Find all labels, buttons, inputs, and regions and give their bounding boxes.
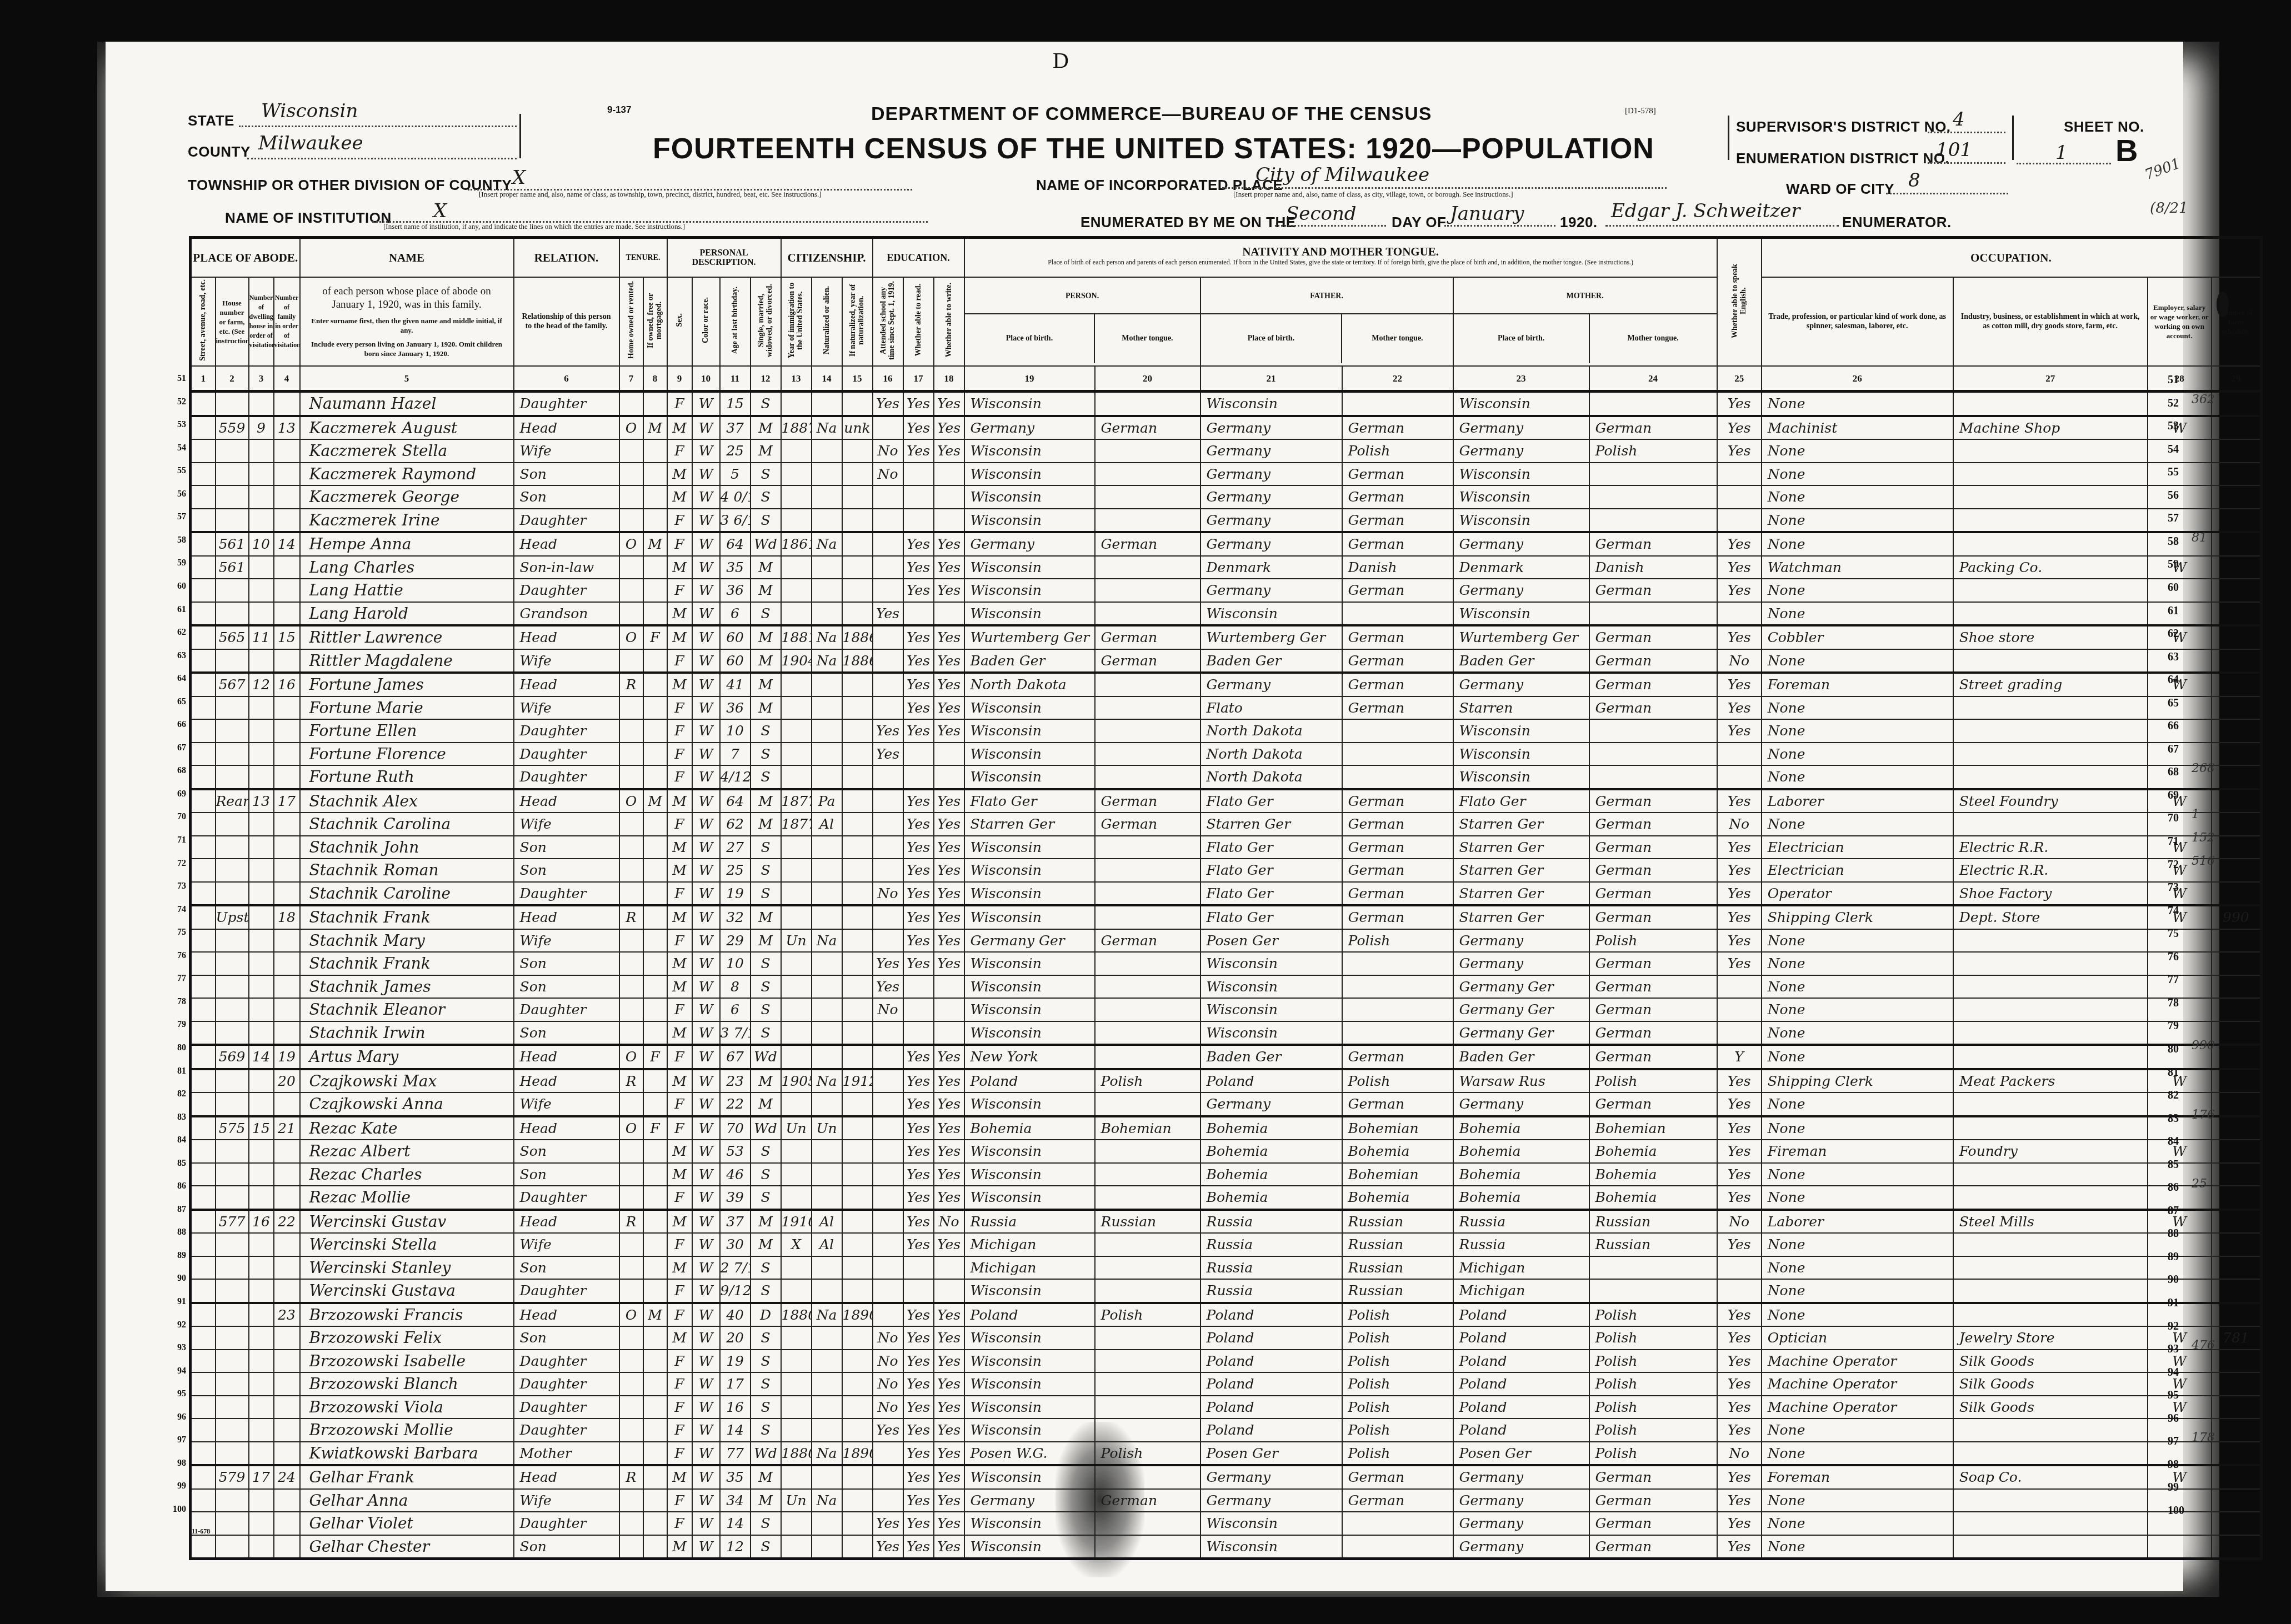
cell-write[interactable]: No [934, 1210, 964, 1234]
cell-relation[interactable]: Head [514, 673, 619, 696]
cell-sex[interactable]: M [667, 1465, 692, 1489]
cell-nat[interactable] [812, 1021, 842, 1045]
cell-relation[interactable]: Grandson [514, 602, 619, 626]
cell-write[interactable]: Yes [934, 1396, 964, 1419]
cell-read[interactable]: Yes [903, 392, 934, 416]
cell-name[interactable]: Kaczmerek Raymond [300, 463, 514, 486]
cell-color[interactable]: W [692, 1303, 720, 1327]
cell-home[interactable] [619, 1419, 643, 1442]
cell-immig[interactable] [781, 485, 812, 509]
cell-m-pob[interactable]: Starren Ger [1453, 905, 1589, 929]
cell-age[interactable]: 64 [720, 532, 751, 556]
cell-f-tongue[interactable]: Russian [1342, 1210, 1453, 1234]
cell-street[interactable] [191, 1465, 216, 1489]
cell-home[interactable] [619, 1326, 643, 1350]
cell-age[interactable]: 10 [720, 952, 751, 975]
cell-age[interactable]: 60 [720, 649, 751, 673]
cell-sex[interactable]: F [667, 1045, 692, 1069]
cell-english[interactable]: Yes [1717, 625, 1762, 649]
cell-school[interactable]: Yes [873, 719, 903, 743]
cell-industry[interactable]: Silk Goods [1953, 1372, 2148, 1396]
cell-owned[interactable] [643, 1465, 667, 1489]
cell-pob[interactable]: Wisconsin [964, 859, 1095, 882]
cell-trade[interactable]: None [1762, 1163, 1953, 1186]
cell-m-tongue[interactable]: German [1589, 1092, 1717, 1116]
cell-color[interactable]: W [692, 975, 720, 999]
cell-trade[interactable]: None [1762, 1186, 1953, 1210]
cell-age[interactable]: 5 [720, 463, 751, 486]
cell-natyr[interactable] [842, 579, 873, 602]
cell-owned[interactable] [643, 1350, 667, 1373]
cell-industry[interactable] [1953, 1489, 2148, 1512]
cell-sex[interactable]: F [667, 743, 692, 766]
cell-m-pob[interactable]: Germany [1453, 1092, 1589, 1116]
cell-owned[interactable] [643, 1210, 667, 1234]
cell-write[interactable]: Yes [934, 1512, 964, 1535]
cell-farm[interactable] [2212, 1092, 2262, 1116]
cell-marital[interactable]: Wd [751, 1116, 781, 1140]
cell-industry[interactable] [1953, 998, 2148, 1021]
cell-farm[interactable] [2212, 625, 2262, 649]
cell-f-pob[interactable]: Posen Ger [1200, 929, 1342, 953]
cell-home[interactable]: R [619, 1069, 643, 1093]
cell-school[interactable] [873, 1210, 903, 1234]
cell-sex[interactable]: F [667, 696, 692, 720]
cell-family[interactable] [274, 556, 300, 579]
cell-f-tongue[interactable]: German [1342, 1465, 1453, 1489]
cell-street[interactable] [191, 789, 216, 813]
cell-dwelling[interactable] [249, 1512, 274, 1535]
cell-relation[interactable]: Wife [514, 696, 619, 720]
cell-nat[interactable] [812, 1279, 842, 1303]
cell-family[interactable]: 22 [274, 1210, 300, 1234]
cell-immig[interactable] [781, 975, 812, 999]
cell-name[interactable]: Stachnik Alex [300, 789, 514, 813]
cell-color[interactable]: W [692, 1512, 720, 1535]
cell-m-tongue[interactable]: German [1589, 836, 1717, 859]
cell-age[interactable]: 10 [720, 719, 751, 743]
cell-nat[interactable] [812, 579, 842, 602]
cell-english[interactable]: Yes [1717, 579, 1762, 602]
cell-read[interactable]: Yes [903, 952, 934, 975]
cell-english[interactable]: Yes [1717, 1069, 1762, 1093]
cell-f-pob[interactable]: North Dakota [1200, 743, 1342, 766]
cell-immig[interactable] [781, 1163, 812, 1186]
cell-color[interactable]: W [692, 602, 720, 626]
cell-read[interactable]: Yes [903, 929, 934, 953]
cell-house[interactable] [216, 509, 249, 533]
cell-street[interactable] [191, 859, 216, 882]
cell-immig[interactable] [781, 579, 812, 602]
cell-write[interactable] [934, 975, 964, 999]
cell-read[interactable]: Yes [903, 1163, 934, 1186]
cell-english[interactable]: Yes [1717, 1163, 1762, 1186]
cell-home[interactable] [619, 1233, 643, 1256]
cell-marital[interactable]: S [751, 1396, 781, 1419]
cell-write[interactable]: Yes [934, 1489, 964, 1512]
cell-tongue[interactable] [1095, 765, 1200, 789]
cell-age[interactable]: 29 [720, 929, 751, 953]
cell-street[interactable] [191, 532, 216, 556]
cell-immig[interactable] [781, 905, 812, 929]
cell-tongue[interactable] [1095, 1045, 1200, 1069]
cell-sex[interactable]: F [667, 765, 692, 789]
cell-tongue[interactable] [1095, 1512, 1200, 1535]
cell-family[interactable] [274, 1512, 300, 1535]
cell-write[interactable]: Yes [934, 1303, 964, 1327]
cell-school[interactable] [873, 509, 903, 533]
cell-marital[interactable]: M [751, 905, 781, 929]
cell-immig[interactable] [781, 1512, 812, 1535]
cell-marital[interactable]: S [751, 765, 781, 789]
cell-color[interactable]: W [692, 813, 720, 836]
cell-nat[interactable] [812, 1045, 842, 1069]
cell-name[interactable]: Stachnik Mary [300, 929, 514, 953]
cell-school[interactable] [873, 416, 903, 440]
cell-read[interactable]: Yes [903, 625, 934, 649]
cell-color[interactable]: W [692, 579, 720, 602]
enumerated-day-field[interactable]: Second [1275, 203, 1386, 227]
cell-farm[interactable] [2212, 1442, 2262, 1466]
cell-immig[interactable] [781, 859, 812, 882]
cell-f-tongue[interactable]: Polish [1342, 1350, 1453, 1373]
cell-immig[interactable] [781, 1092, 812, 1116]
cell-tongue[interactable] [1095, 975, 1200, 999]
cell-age[interactable]: 37 [720, 1210, 751, 1234]
cell-natyr[interactable] [842, 929, 873, 953]
cell-industry[interactable]: Silk Goods [1953, 1396, 2148, 1419]
cell-dwelling[interactable] [249, 998, 274, 1021]
cell-natyr[interactable] [842, 532, 873, 556]
cell-street[interactable] [191, 556, 216, 579]
cell-relation[interactable]: Son [514, 1326, 619, 1350]
cell-immig[interactable] [781, 882, 812, 906]
cell-marital[interactable]: M [751, 649, 781, 673]
cell-nat[interactable] [812, 696, 842, 720]
cell-trade[interactable]: None [1762, 765, 1953, 789]
cell-write[interactable]: Yes [934, 1116, 964, 1140]
cell-industry[interactable] [1953, 1092, 2148, 1116]
cell-tongue[interactable] [1095, 1186, 1200, 1210]
cell-house[interactable] [216, 743, 249, 766]
cell-m-pob[interactable]: Wisconsin [1453, 765, 1589, 789]
state-field[interactable]: Wisconsin [239, 100, 517, 127]
cell-f-tongue[interactable]: German [1342, 579, 1453, 602]
county-field[interactable]: Milwaukee [247, 132, 517, 159]
cell-family[interactable] [274, 813, 300, 836]
cell-age[interactable]: 4/12 [720, 765, 751, 789]
cell-pob[interactable]: Wisconsin [964, 1326, 1095, 1350]
cell-age[interactable]: 15 [720, 392, 751, 416]
cell-write[interactable]: Yes [934, 1326, 964, 1350]
cell-color[interactable]: W [692, 1045, 720, 1069]
cell-m-tongue[interactable]: Bohemia [1589, 1186, 1717, 1210]
cell-pob[interactable]: Germany [964, 416, 1095, 440]
cell-read[interactable] [903, 509, 934, 533]
cell-dwelling[interactable] [249, 882, 274, 906]
cell-owned[interactable] [643, 673, 667, 696]
cell-school[interactable] [873, 1021, 903, 1045]
cell-family[interactable]: 21 [274, 1116, 300, 1140]
cell-school[interactable]: No [873, 1326, 903, 1350]
cell-name[interactable]: Gelhar Chester [300, 1535, 514, 1559]
cell-m-pob[interactable]: Baden Ger [1453, 1045, 1589, 1069]
cell-immig[interactable]: 1877 [781, 813, 812, 836]
cell-street[interactable] [191, 1021, 216, 1045]
cell-read[interactable]: Yes [903, 719, 934, 743]
cell-immig[interactable]: Un [781, 1116, 812, 1140]
cell-industry[interactable] [1953, 1535, 2148, 1559]
cell-read[interactable]: Yes [903, 1233, 934, 1256]
cell-sex[interactable]: M [667, 625, 692, 649]
cell-relation[interactable]: Wife [514, 929, 619, 953]
cell-sex[interactable]: F [667, 1279, 692, 1303]
cell-age[interactable]: 19 [720, 1350, 751, 1373]
cell-color[interactable]: W [692, 1256, 720, 1280]
cell-family[interactable] [274, 952, 300, 975]
cell-street[interactable] [191, 1163, 216, 1186]
cell-industry[interactable]: Shoe store [1953, 625, 2148, 649]
cell-nat[interactable] [812, 998, 842, 1021]
cell-sex[interactable]: F [667, 1489, 692, 1512]
cell-marital[interactable]: S [751, 1535, 781, 1559]
cell-dwelling[interactable] [249, 905, 274, 929]
cell-relation[interactable]: Daughter [514, 882, 619, 906]
cell-nat[interactable] [812, 1465, 842, 1489]
cell-family[interactable] [274, 1186, 300, 1210]
cell-street[interactable] [191, 975, 216, 999]
cell-school[interactable] [873, 1092, 903, 1116]
cell-relation[interactable]: Daughter [514, 1419, 619, 1442]
cell-m-tongue[interactable]: German [1589, 649, 1717, 673]
cell-english[interactable]: No [1717, 1210, 1762, 1234]
cell-farm[interactable] [2212, 1279, 2262, 1303]
cell-street[interactable] [191, 1535, 216, 1559]
cell-tongue[interactable]: Russian [1095, 1210, 1200, 1234]
cell-marital[interactable]: Wd [751, 532, 781, 556]
cell-write[interactable]: Yes [934, 649, 964, 673]
cell-color[interactable]: W [692, 673, 720, 696]
cell-home[interactable] [619, 882, 643, 906]
cell-family[interactable] [274, 1372, 300, 1396]
cell-age[interactable]: 14 [720, 1419, 751, 1442]
cell-nat[interactable] [812, 905, 842, 929]
cell-owned[interactable] [643, 1092, 667, 1116]
cell-english[interactable]: Yes [1717, 789, 1762, 813]
cell-f-tongue[interactable]: German [1342, 649, 1453, 673]
cell-owned[interactable] [643, 556, 667, 579]
cell-owned[interactable] [643, 1326, 667, 1350]
cell-english[interactable]: Yes [1717, 1326, 1762, 1350]
cell-owned[interactable] [643, 743, 667, 766]
cell-english[interactable] [1717, 765, 1762, 789]
cell-marital[interactable]: M [751, 1092, 781, 1116]
cell-street[interactable] [191, 929, 216, 953]
cell-m-pob[interactable]: Flato Ger [1453, 789, 1589, 813]
cell-relation[interactable]: Head [514, 1069, 619, 1093]
cell-street[interactable] [191, 1069, 216, 1093]
cell-marital[interactable]: M [751, 1489, 781, 1512]
cell-sex[interactable]: F [667, 1303, 692, 1327]
cell-write[interactable]: Yes [934, 905, 964, 929]
cell-relation[interactable]: Wife [514, 1092, 619, 1116]
cell-natyr[interactable] [842, 719, 873, 743]
cell-home[interactable] [619, 556, 643, 579]
cell-m-pob[interactable]: Starren Ger [1453, 836, 1589, 859]
cell-natyr[interactable]: unk [842, 416, 873, 440]
cell-m-pob[interactable]: Germany [1453, 579, 1589, 602]
cell-marital[interactable]: M [751, 439, 781, 463]
cell-sex[interactable]: M [667, 905, 692, 929]
cell-natyr[interactable] [842, 813, 873, 836]
cell-dwelling[interactable] [249, 509, 274, 533]
cell-color[interactable]: W [692, 952, 720, 975]
cell-english[interactable]: Yes [1717, 1092, 1762, 1116]
cell-tongue[interactable] [1095, 392, 1200, 416]
cell-relation[interactable]: Son [514, 836, 619, 859]
cell-family[interactable] [274, 765, 300, 789]
cell-read[interactable]: Yes [903, 649, 934, 673]
cell-trade[interactable]: None [1762, 998, 1953, 1021]
cell-read[interactable]: Yes [903, 439, 934, 463]
cell-farm[interactable] [2212, 673, 2262, 696]
cell-m-tongue[interactable]: German [1589, 1021, 1717, 1045]
cell-color[interactable]: W [692, 1021, 720, 1045]
cell-house[interactable] [216, 1396, 249, 1419]
cell-relation[interactable]: Son [514, 1535, 619, 1559]
cell-marital[interactable]: S [751, 1419, 781, 1442]
cell-nat[interactable]: Al [812, 1233, 842, 1256]
cell-english[interactable]: Yes [1717, 673, 1762, 696]
cell-age[interactable]: 9/12 [720, 1279, 751, 1303]
cell-english[interactable]: No [1717, 813, 1762, 836]
cell-write[interactable]: Yes [934, 673, 964, 696]
cell-tongue[interactable] [1095, 696, 1200, 720]
cell-name[interactable]: Artus Mary [300, 1045, 514, 1069]
cell-nat[interactable]: Al [812, 813, 842, 836]
cell-english[interactable] [1717, 485, 1762, 509]
cell-m-tongue[interactable] [1589, 1256, 1717, 1280]
cell-tongue[interactable] [1095, 509, 1200, 533]
cell-relation[interactable]: Head [514, 1045, 619, 1069]
cell-m-tongue[interactable]: Polish [1589, 1326, 1717, 1350]
cell-m-tongue[interactable]: German [1589, 625, 1717, 649]
cell-farm[interactable] [2212, 463, 2262, 486]
cell-nat[interactable] [812, 509, 842, 533]
cell-tongue[interactable]: German [1095, 813, 1200, 836]
cell-sex[interactable]: F [667, 532, 692, 556]
cell-trade[interactable]: None [1762, 602, 1953, 626]
cell-name[interactable]: Hempe Anna [300, 532, 514, 556]
cell-owned[interactable] [643, 836, 667, 859]
cell-f-pob[interactable]: Wisconsin [1200, 392, 1342, 416]
cell-dwelling[interactable] [249, 1186, 274, 1210]
cell-write[interactable]: Yes [934, 836, 964, 859]
cell-school[interactable]: No [873, 998, 903, 1021]
cell-marital[interactable]: S [751, 952, 781, 975]
cell-marital[interactable]: S [751, 836, 781, 859]
cell-natyr[interactable] [842, 1092, 873, 1116]
cell-natyr[interactable] [842, 859, 873, 882]
cell-m-tongue[interactable]: Polish [1589, 1372, 1717, 1396]
cell-owned[interactable] [643, 1512, 667, 1535]
cell-m-tongue[interactable]: German [1589, 1045, 1717, 1069]
cell-f-tongue[interactable]: German [1342, 905, 1453, 929]
cell-f-tongue[interactable]: Polish [1342, 1442, 1453, 1466]
cell-f-pob[interactable]: Russia [1200, 1256, 1342, 1280]
cell-industry[interactable] [1953, 1116, 2148, 1140]
cell-marital[interactable]: M [751, 696, 781, 720]
cell-dwelling[interactable] [249, 743, 274, 766]
cell-color[interactable]: W [692, 882, 720, 906]
cell-dwelling[interactable] [249, 1256, 274, 1280]
supervisor-field[interactable]: 4 [1928, 108, 2005, 133]
cell-house[interactable]: 575 [216, 1116, 249, 1140]
cell-english[interactable]: Yes [1717, 1233, 1762, 1256]
cell-sex[interactable]: F [667, 1350, 692, 1373]
cell-m-pob[interactable]: Wisconsin [1453, 392, 1589, 416]
cell-natyr[interactable] [842, 1419, 873, 1442]
cell-m-tongue[interactable]: German [1589, 789, 1717, 813]
cell-dwelling[interactable] [249, 813, 274, 836]
cell-m-tongue[interactable]: German [1589, 882, 1717, 906]
cell-farm[interactable] [2212, 509, 2262, 533]
cell-write[interactable]: Yes [934, 1350, 964, 1373]
cell-home[interactable] [619, 1489, 643, 1512]
enumerator-field[interactable]: Edgar J. Schweitzer [1605, 200, 1839, 227]
cell-owned[interactable]: M [643, 789, 667, 813]
cell-read[interactable]: Yes [903, 1069, 934, 1093]
cell-read[interactable]: Yes [903, 1116, 934, 1140]
cell-f-tongue[interactable]: German [1342, 1045, 1453, 1069]
cell-sex[interactable]: M [667, 1535, 692, 1559]
cell-tongue[interactable] [1095, 1419, 1200, 1442]
cell-farm[interactable] [2212, 1350, 2262, 1373]
cell-family[interactable] [274, 1140, 300, 1163]
cell-color[interactable]: W [692, 789, 720, 813]
cell-color[interactable]: W [692, 1186, 720, 1210]
cell-tongue[interactable] [1095, 485, 1200, 509]
cell-natyr[interactable] [842, 392, 873, 416]
cell-m-tongue[interactable]: German [1589, 952, 1717, 975]
cell-marital[interactable]: S [751, 1350, 781, 1373]
cell-color[interactable]: W [692, 859, 720, 882]
cell-write[interactable]: Yes [934, 789, 964, 813]
cell-m-pob[interactable]: Russia [1453, 1210, 1589, 1234]
cell-house[interactable]: Rear [216, 789, 249, 813]
cell-english[interactable]: Yes [1717, 1372, 1762, 1396]
cell-industry[interactable] [1953, 1045, 2148, 1069]
cell-tongue[interactable] [1095, 1350, 1200, 1373]
cell-farm[interactable] [2212, 1210, 2262, 1234]
cell-pob[interactable]: Wisconsin [964, 696, 1095, 720]
cell-f-pob[interactable]: Poland [1200, 1350, 1342, 1373]
cell-write[interactable]: Yes [934, 1233, 964, 1256]
cell-f-tongue[interactable]: Polish [1342, 1372, 1453, 1396]
cell-english[interactable]: Y [1717, 1045, 1762, 1069]
cell-write[interactable]: Yes [934, 1372, 964, 1396]
cell-f-tongue[interactable]: German [1342, 625, 1453, 649]
cell-pob[interactable]: Wisconsin [964, 463, 1095, 486]
cell-name[interactable]: Fortune Florence [300, 743, 514, 766]
cell-house[interactable]: 565 [216, 625, 249, 649]
cell-marital[interactable]: M [751, 556, 781, 579]
cell-write[interactable] [934, 1021, 964, 1045]
cell-school[interactable] [873, 579, 903, 602]
cell-m-tongue[interactable]: German [1589, 813, 1717, 836]
cell-tongue[interactable]: German [1095, 532, 1200, 556]
cell-m-tongue[interactable]: German [1589, 1489, 1717, 1512]
